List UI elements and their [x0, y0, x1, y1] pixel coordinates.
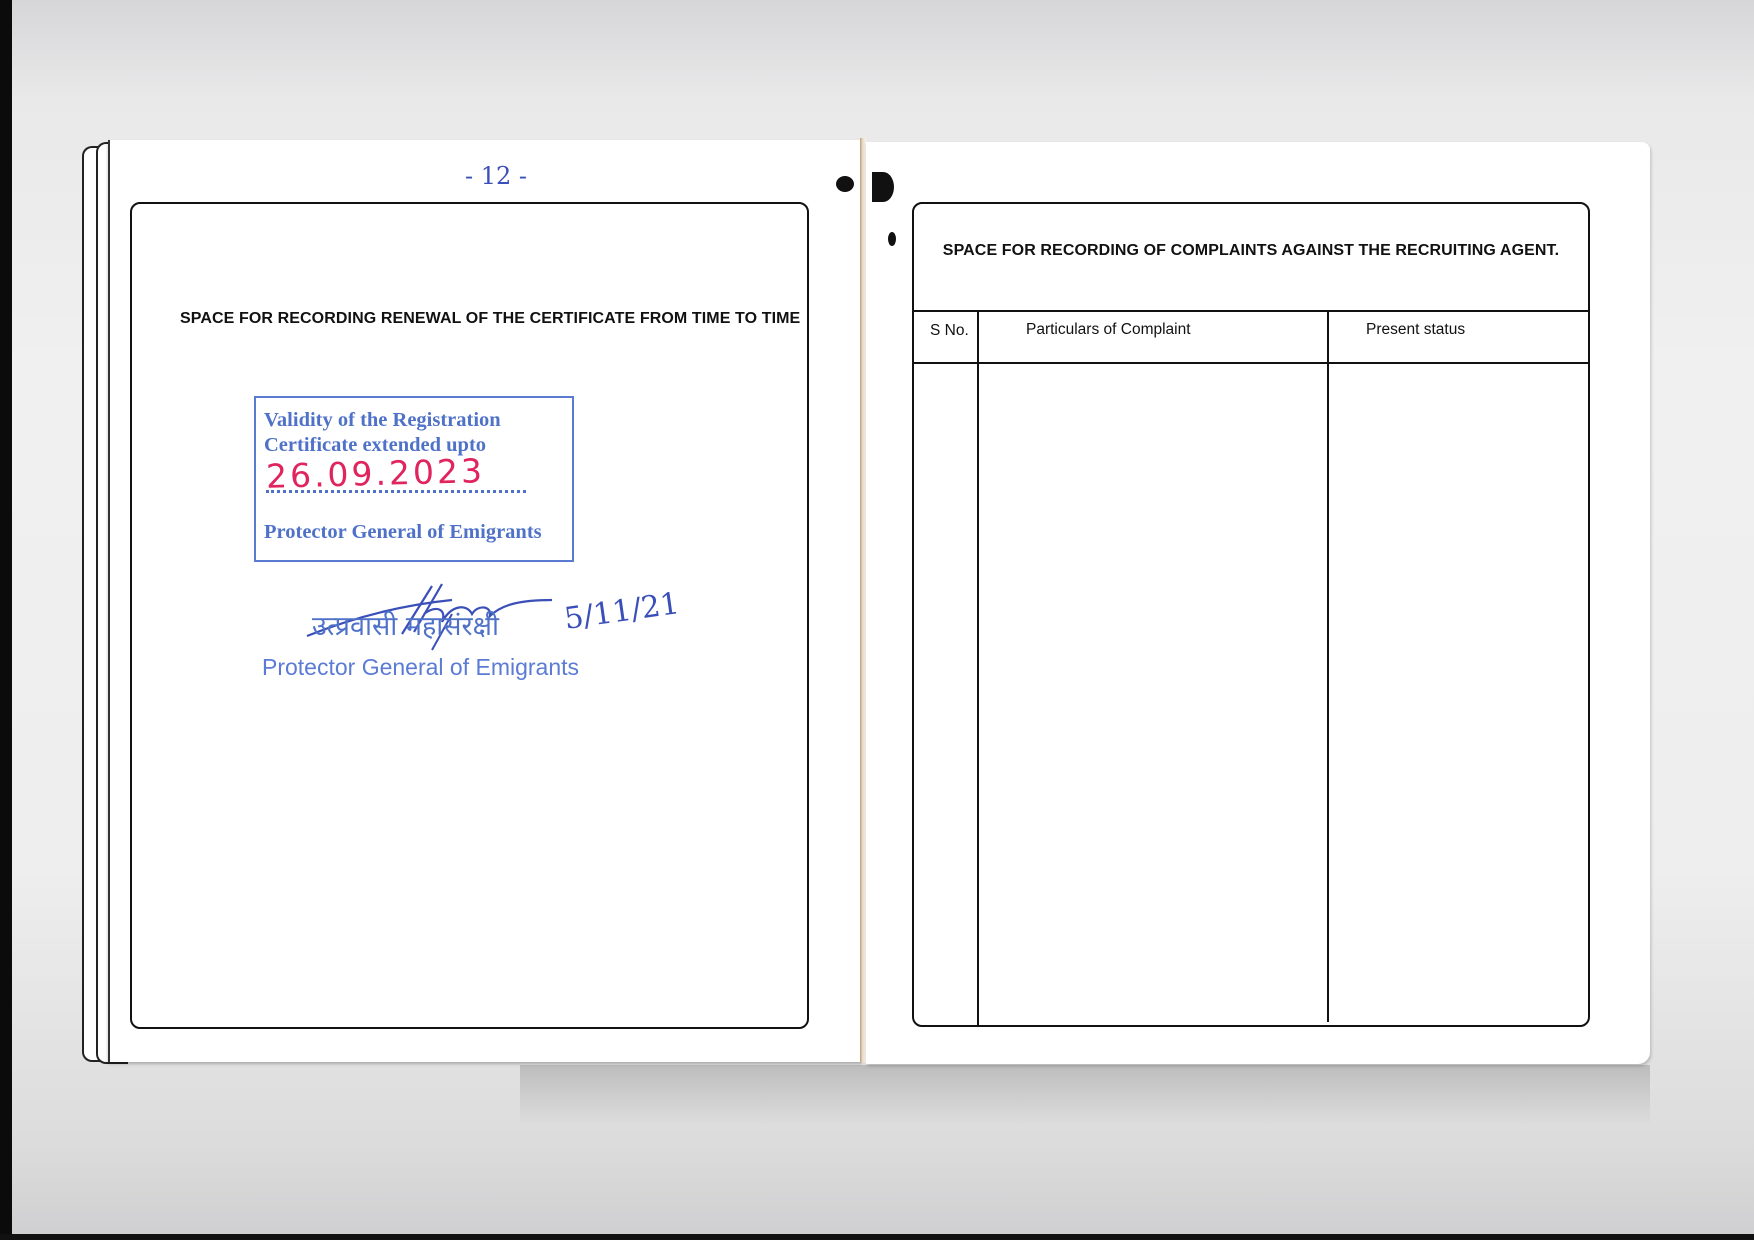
renewal-frame: SPACE FOR RECORDING RENEWAL OF THE CERTI… [130, 202, 809, 1029]
punch-hole [872, 172, 894, 202]
table-header-bottom-rule [914, 362, 1588, 364]
column-header-s-no: S No. [930, 321, 970, 340]
page-number-mark: - 12 - [465, 162, 527, 190]
punch-hole [836, 176, 854, 192]
left-page: - 12 - SPACE FOR RECORDING RENEWAL OF TH… [108, 140, 862, 1062]
signature-date: 5/11/21 [562, 586, 681, 637]
complaints-heading: SPACE FOR RECORDING OF COMPLAINTS AGAINS… [914, 242, 1588, 260]
stamp-line-1: Validity of the Registration [264, 408, 501, 432]
book-shadow [520, 1065, 1650, 1125]
column-header-particulars: Particulars of Complaint [1026, 321, 1191, 339]
scanner-edge [0, 0, 12, 1240]
signature-english-title: Protector General of Emigrants [262, 654, 579, 681]
column-header-present-status: Present status [1366, 321, 1465, 339]
stamp-footer: Protector General of Emigrants [264, 520, 542, 544]
renewal-heading: SPACE FOR RECORDING RENEWAL OF THE CERTI… [180, 310, 820, 328]
validity-stamp: Validity of the Registration Certificate… [254, 396, 574, 562]
table-column-divider [1327, 310, 1329, 1022]
signature-hindi-title: उत्प्रवासी महासंरक्षी [312, 606, 499, 643]
complaints-frame: SPACE FOR RECORDING OF COMPLAINTS AGAINS… [912, 202, 1590, 1027]
stamp-dotted-line [266, 490, 526, 493]
table-column-divider [977, 310, 979, 1025]
right-page: SPACE FOR RECORDING OF COMPLAINTS AGAINS… [866, 142, 1650, 1064]
table-header-top-rule [914, 310, 1588, 312]
punch-hole [888, 232, 896, 246]
scanner-edge [0, 1234, 1754, 1240]
